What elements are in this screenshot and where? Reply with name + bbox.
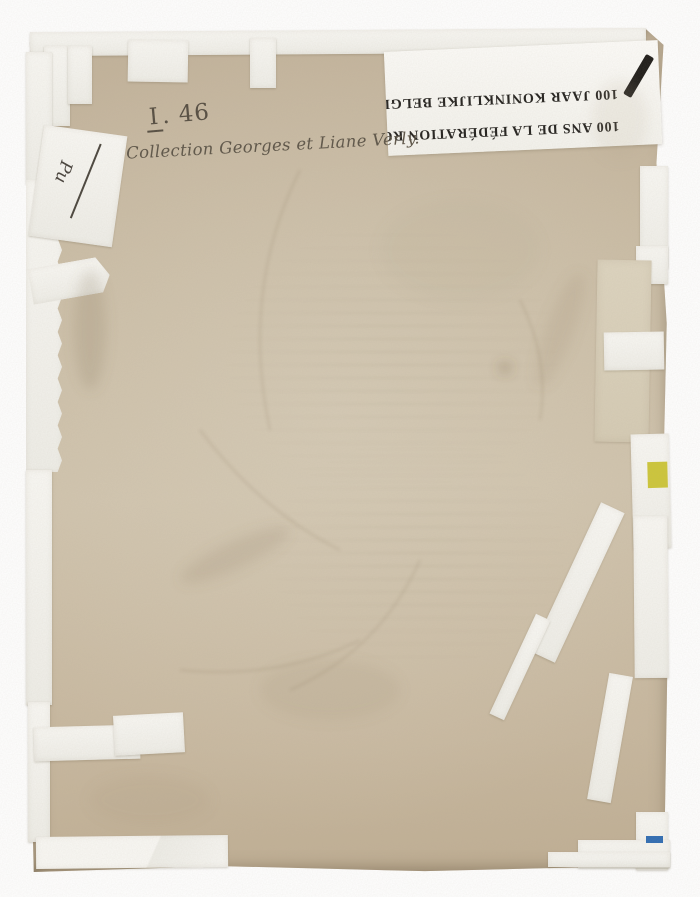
tape-bottom-left-strip <box>113 712 185 756</box>
tape-corner-step <box>548 852 670 867</box>
printed-label: 100 ANS DE LA FÉDÉRATION ROYA 100 JAAR K… <box>384 40 662 156</box>
tape-top-tab <box>68 46 92 104</box>
tape-top-tab <box>128 39 189 82</box>
photo-background: Pu 100 ANS DE LA FÉDÉRATION ROYA 100 JAA… <box>0 0 700 897</box>
inventory-rest: . 46 <box>161 99 211 129</box>
label-line-french: 100 ANS DE LA FÉDÉRATION ROYA <box>399 118 619 142</box>
inventory-number: I. 46 <box>145 99 211 130</box>
tape-bottom-strip <box>36 835 228 869</box>
tape-right-rect <box>604 331 665 370</box>
tape-right-vertical <box>633 516 668 678</box>
tape-top-tab <box>250 38 276 88</box>
tape-pu-note: Pu <box>29 125 128 248</box>
blue-sticker <box>646 836 663 843</box>
tape-left-mid <box>26 470 52 705</box>
printed-label-text: 100 ANS DE LA FÉDÉRATION ROYA 100 JAAR K… <box>384 40 662 156</box>
tape-left-lower <box>28 702 50 842</box>
yellow-sticker <box>647 462 668 489</box>
pu-note-text: Pu <box>50 158 76 185</box>
label-line-dutch: 100 JAAR KONINKLIJKE BELGIS <box>398 86 618 110</box>
pu-ink-line <box>70 144 102 219</box>
